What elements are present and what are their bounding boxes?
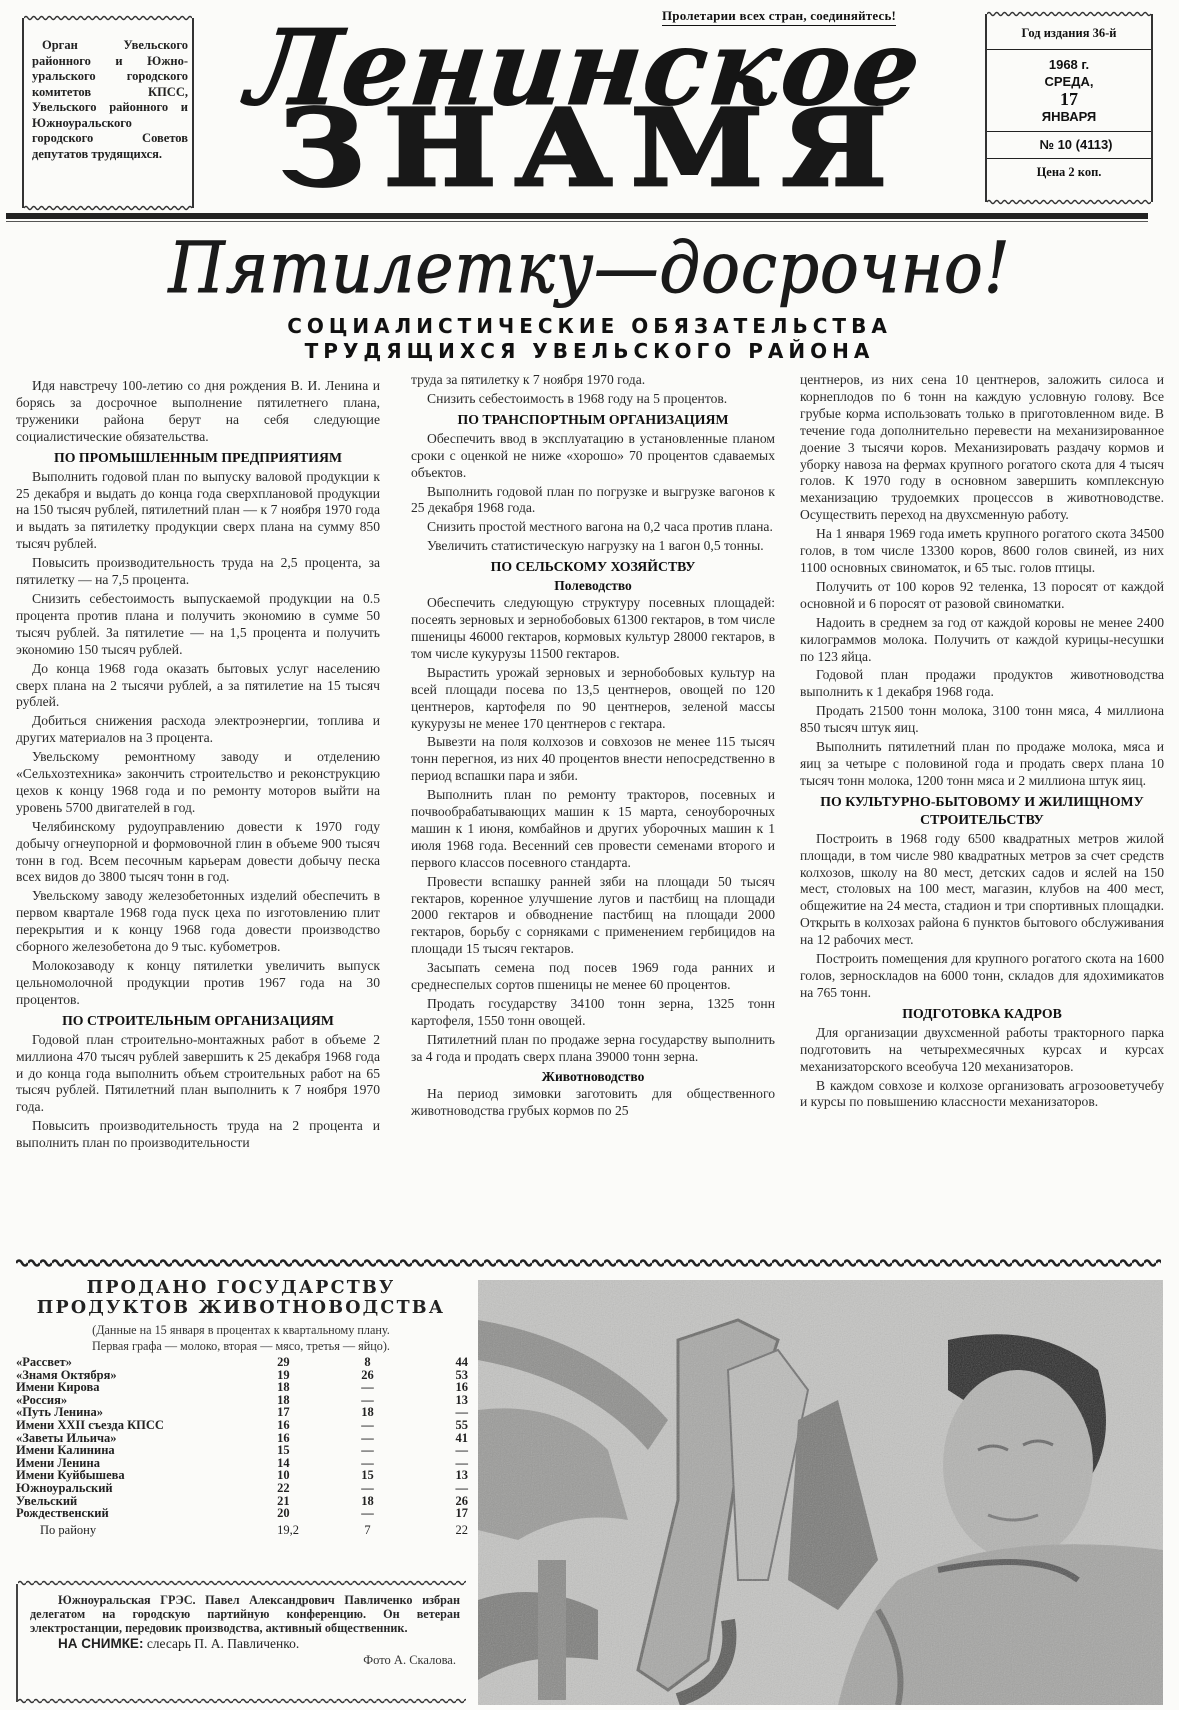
masthead-rule-thin <box>6 221 1148 222</box>
table-title: ПРОДАНО ГОСУДАРСТВУ ПРОДУКТОВ ЖИВОТНОВОД… <box>16 1278 466 1318</box>
farm-name: Имени XXII съезда КПСС <box>16 1419 277 1432</box>
eggs-value: 16 <box>408 1381 468 1394</box>
table-row: Имени Кирова18—16 <box>16 1381 468 1394</box>
paragraph: До конца 1968 года оказать бытовых услуг… <box>16 661 380 712</box>
milk-value: 15 <box>277 1444 327 1457</box>
section-heading-training: ПОДГОТОВКА КАДРОВ <box>800 1005 1164 1023</box>
paragraph: Снизить себестоимость выпускаемой продук… <box>16 591 380 659</box>
milk-value: 22 <box>277 1482 327 1495</box>
paragraph: Построить помещения для крупного рогатог… <box>800 951 1164 1002</box>
article-column-3: центнеров, из них сена 10 центнеров, зал… <box>800 372 1164 1252</box>
paragraph: В каждом совхозе и колхозе организовать … <box>800 1078 1164 1112</box>
paragraph: Надоить в среднем за год от каждой коров… <box>800 615 1164 666</box>
wavy-separator <box>16 1258 1161 1268</box>
wavy-border-bottom <box>24 205 192 211</box>
meat-value: — <box>327 1419 407 1432</box>
paragraph: Челябинскому рудоуправлению довести к 19… <box>16 819 380 887</box>
paragraph: Годовой план строительно-монтажных работ… <box>16 1032 380 1117</box>
total-label: По району <box>16 1520 277 1537</box>
paragraph: Повысить производительность труда на 2,5… <box>16 555 380 589</box>
caption-paragraph: Южноуральская ГРЭС. Павел Александрович … <box>30 1594 460 1635</box>
table-row: «Рассвет»29844 <box>16 1356 468 1369</box>
publisher-box: Орган Увельского районного и Южно-уральс… <box>22 18 194 208</box>
table-note: (Данные на 15 января в процентах к кварт… <box>16 1322 466 1354</box>
table-row: Рождественский20—17 <box>16 1507 468 1520</box>
paragraph: Увельскому заводу железобетонных изделий… <box>16 888 380 956</box>
paragraph: Молокозаводу к концу пятилетки увеличить… <box>16 958 380 1009</box>
article-intro: Идя навстречу 100-летию со дня рождения … <box>16 378 380 446</box>
main-headline: Пятилетку—досрочно! <box>47 226 1132 310</box>
paragraph: Продать 21500 тонн молока, 3100 тонн мяс… <box>800 703 1164 737</box>
milk-value: 16 <box>277 1419 327 1432</box>
photo-subject: слесарь П. А. Павличенко. <box>147 1636 299 1651</box>
meat-value: — <box>327 1507 407 1520</box>
paragraph: Выполнить пятилетний план по продаже мол… <box>800 739 1164 790</box>
newspaper-title-block: ЗНАМЯ <box>252 96 932 202</box>
paragraph: Выполнить план по ремонту тракторов, пос… <box>411 787 775 872</box>
table-row: Имени Калинина15—— <box>16 1444 468 1457</box>
paragraph: На 1 января 1969 года иметь крупного рог… <box>800 526 1164 577</box>
meat-value: 8 <box>327 1356 407 1369</box>
issue-date: 1968 г. СРЕДА, 17 ЯНВАРЯ <box>987 50 1151 132</box>
article-columns: Идя навстречу 100-летию со дня рождения … <box>16 378 1164 1258</box>
subheadline-line-1: СОЦИАЛИСТИЧЕСКИЕ ОБЯЗАТЕЛЬСТВА <box>0 314 1179 339</box>
photo-description: НА СНИМКЕ: слесарь П. А. Павличенко. <box>30 1636 460 1651</box>
paragraph: Для организации двухсменной работы тракт… <box>800 1025 1164 1076</box>
section-heading-transport: ПО ТРАНСПОРТНЫМ ОРГАНИЗАЦИЯМ <box>411 411 775 429</box>
meat-value: — <box>327 1444 407 1457</box>
table-total-row: По району19,2722 <box>16 1520 468 1537</box>
eggs-value: — <box>408 1482 468 1495</box>
paragraph: Построить в 1968 году 6500 квадратных ме… <box>800 831 1164 949</box>
paragraph: Вывезти на поля колхозов и совхозов не м… <box>411 734 775 785</box>
photo-label: НА СНИМКЕ: <box>58 1636 143 1651</box>
publisher-note: Орган Увельского районного и Южно-уральс… <box>32 38 188 162</box>
paragraph: Выполнить годовой план по погрузке и выг… <box>411 484 775 518</box>
table-title-line-1: ПРОДАНО ГОСУДАРСТВУ <box>16 1278 466 1298</box>
table-row: Южноуральский22—— <box>16 1482 468 1495</box>
eggs-value: 44 <box>408 1356 468 1369</box>
subheadline: СОЦИАЛИСТИЧЕСКИЕ ОБЯЗАТЕЛЬСТВА ТРУДЯЩИХС… <box>0 314 1179 364</box>
farm-name: Южноуральский <box>16 1482 277 1495</box>
wavy-border-bottom <box>18 1698 466 1704</box>
year-of-publication: Год издания 36-й <box>987 14 1151 50</box>
meat-total: 7 <box>327 1520 407 1537</box>
table-note-line-2: Первая графа — молоко, вторая — мясо, тр… <box>16 1338 466 1354</box>
paragraph: Засыпать семена под посев 1969 года ранн… <box>411 960 775 994</box>
wavy-border-top <box>987 11 1151 17</box>
paragraph: Увельскому ремонтному заводу и отделению… <box>16 749 380 817</box>
photo-credit: Фото А. Скалова. <box>30 1653 460 1668</box>
masthead: Орган Увельского районного и Южно-уральс… <box>0 0 1179 222</box>
paragraph: Пятилетний план по продаже зерна государ… <box>411 1032 775 1066</box>
section-heading-industry: ПО ПРОМЫШЛЕННЫМ ПРЕДПРИЯТИЯМ <box>16 449 380 467</box>
issue-info-box: Год издания 36-й 1968 г. СРЕДА, 17 ЯНВАР… <box>985 14 1153 202</box>
section-heading-agriculture: ПО СЕЛЬСКОМУ ХОЗЯЙСТВУ <box>411 558 775 576</box>
wavy-border-bottom <box>987 199 1151 205</box>
milk-value: 18 <box>277 1381 327 1394</box>
issue-year: 1968 г. <box>987 56 1151 73</box>
paragraph: На период зимовки заготовить для обществ… <box>411 1086 775 1120</box>
farm-name: Рождественский <box>16 1507 277 1520</box>
sales-table: «Рассвет»29844 «Знамя Октября»192653 Име… <box>16 1356 468 1536</box>
issue-day: 17 <box>987 90 1151 108</box>
photo-illustration <box>478 1280 1163 1705</box>
subheadline-line-2: ТРУДЯЩИХСЯ УВЕЛЬСКОГО РАЙОНА <box>0 339 1179 364</box>
paragraph: Провести вспашку ранней зяби на площади … <box>411 874 775 959</box>
paragraph: Снизить себестоимость в 1968 году на 5 п… <box>411 391 775 408</box>
meat-value: — <box>327 1381 407 1394</box>
paragraph: Выполнить годовой план по выпуску валово… <box>16 469 380 554</box>
paragraph: Годовой план продажи продуктов животново… <box>800 667 1164 701</box>
eggs-value: 17 <box>408 1507 468 1520</box>
eggs-total: 22 <box>408 1520 468 1537</box>
issue-price: Цена 2 коп. <box>987 159 1151 186</box>
livestock-sales-box: ПРОДАНО ГОСУДАРСТВУ ПРОДУКТОВ ЖИВОТНОВОД… <box>16 1270 466 1570</box>
article-column-2: труда за пятилетку к 7 ноября 1970 года.… <box>411 372 775 1252</box>
caption-text: Южноуральская ГРЭС. Павел Александрович … <box>30 1594 460 1635</box>
farm-name: «Рассвет» <box>16 1356 277 1369</box>
issue-month: ЯНВАРЯ <box>987 108 1151 125</box>
article-column-1: Идя навстречу 100-летию со дня рождения … <box>16 378 380 1258</box>
paragraph: Добиться снижения расхода электроэнергии… <box>16 713 380 747</box>
wavy-border-top <box>24 15 192 21</box>
paragraph: Снизить простой местного вагона на 0,2 ч… <box>411 519 775 536</box>
table-title-line-2: ПРОДУКТОВ ЖИВОТНОВОДСТВА <box>16 1298 466 1318</box>
paragraph-continued: труда за пятилетку к 7 ноября 1970 года. <box>411 372 775 389</box>
paragraph-continued: центнеров, из них сена 10 центнеров, зал… <box>800 372 1164 524</box>
issue-number: № 10 (4113) <box>987 132 1151 159</box>
wavy-border-top <box>18 1580 466 1586</box>
section-heading-construction: ПО СТРОИТЕЛЬНЫМ ОРГАНИЗАЦИЯМ <box>16 1012 380 1030</box>
meat-value: — <box>327 1482 407 1495</box>
news-photo-worker <box>478 1280 1163 1705</box>
paragraph: Вырастить урожай зерновых и зернобобовых… <box>411 665 775 733</box>
paragraph: Повысить производительность труда на 2 п… <box>16 1118 380 1152</box>
subsection-heading-livestock: Животноводство <box>411 1068 775 1085</box>
subsection-heading-field: Полеводство <box>411 577 775 594</box>
farm-name: Имени Калинина <box>16 1444 277 1457</box>
eggs-value: — <box>408 1444 468 1457</box>
issue-weekday: СРЕДА, <box>987 73 1151 90</box>
photo-caption-box: Южноуральская ГРЭС. Павел Александрович … <box>16 1584 466 1702</box>
milk-value: 29 <box>277 1356 327 1369</box>
table-row: Имени XXII съезда КПСС16—55 <box>16 1419 468 1432</box>
paragraph: Обеспечить следующую структуру посевных … <box>411 595 775 663</box>
paragraph: Увеличить статистическую нагрузку на 1 в… <box>411 538 775 555</box>
section-heading-housing: ПО КУЛЬТУРНО-БЫТОВОМУ И ЖИЛИЩНОМУ СТРОИТ… <box>800 793 1164 829</box>
paragraph: Обеспечить ввод в эксплуатацию в установ… <box>411 431 775 482</box>
milk-total: 19,2 <box>277 1520 327 1537</box>
paragraph: Получить от 100 коров 92 теленка, 13 пор… <box>800 579 1164 613</box>
eggs-value: 55 <box>408 1419 468 1432</box>
farm-name: Имени Кирова <box>16 1381 277 1394</box>
table-note-line-1: (Данные на 15 января в процентах к кварт… <box>16 1322 466 1338</box>
paragraph: Продать государству 34100 тонн зерна, 13… <box>411 996 775 1030</box>
milk-value: 20 <box>277 1507 327 1520</box>
masthead-rule <box>6 213 1148 219</box>
